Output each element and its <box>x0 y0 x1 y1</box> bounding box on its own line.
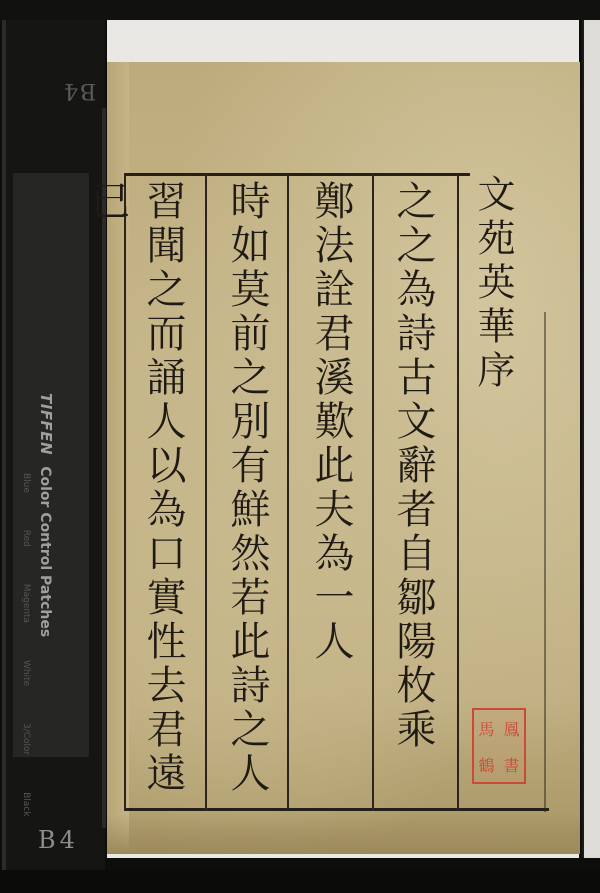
column-rule <box>287 173 289 811</box>
seal-char: 馬 <box>474 717 499 740</box>
text-column: 習聞之而誦人以為口實性去君遠已 <box>135 180 191 800</box>
frame-top-border <box>124 173 470 176</box>
color-chart-strip: B4 TIFFEN Color Control Patches Blue Red… <box>2 20 105 870</box>
patch-label: Magenta <box>21 584 31 623</box>
patch-label: Red <box>21 530 31 547</box>
column-rule <box>544 312 546 812</box>
adjacent-page-edge <box>582 20 600 858</box>
text-column: 時如莫前之別有鮮然若此詩之人 <box>219 180 275 800</box>
page-stain <box>107 814 580 854</box>
seal-char: 鳳 <box>499 717 524 740</box>
patch-label: Blue <box>21 473 31 493</box>
red-seal-stamp: 馬 鳳 鶴 書 <box>472 708 526 784</box>
patch-label: White <box>21 660 31 686</box>
text-column: 之之為詩古文辭者自鄒陽枚乘 <box>385 180 441 800</box>
column-rule <box>205 173 207 811</box>
seal-char: 書 <box>499 753 524 776</box>
label-top: B4 <box>62 78 96 103</box>
column-rule <box>457 173 459 811</box>
frame-bottom-border <box>124 808 549 811</box>
background-bottom <box>0 870 600 893</box>
color-chart-heading: TIFFEN Color Control Patches <box>37 393 56 637</box>
title-column: 文苑英華序 <box>465 174 521 794</box>
patch-label: Black <box>21 792 31 816</box>
label-bottom: B4 <box>38 826 79 854</box>
text-column: 鄭法詮君溪歎此夫為一人 <box>303 180 359 800</box>
color-chart-panel: TIFFEN Color Control Patches Blue Red Ma… <box>13 173 89 757</box>
brand-name: TIFFEN <box>37 393 55 455</box>
manuscript-page: 文苑英華序 之之為詩古文辭者自鄒陽枚乘 鄭法詮君溪歎此夫為一人 時如莫前之別有鮮… <box>107 62 580 854</box>
chart-title: Color Control Patches <box>37 466 53 637</box>
background-top <box>0 0 600 20</box>
seal-char: 鶴 <box>474 753 499 776</box>
column-rule <box>124 173 126 811</box>
patch-labels: Blue Red Magenta White 3/Color Black <box>21 473 31 850</box>
column-rule <box>372 173 374 811</box>
patch-label: 3/Color <box>21 723 31 755</box>
